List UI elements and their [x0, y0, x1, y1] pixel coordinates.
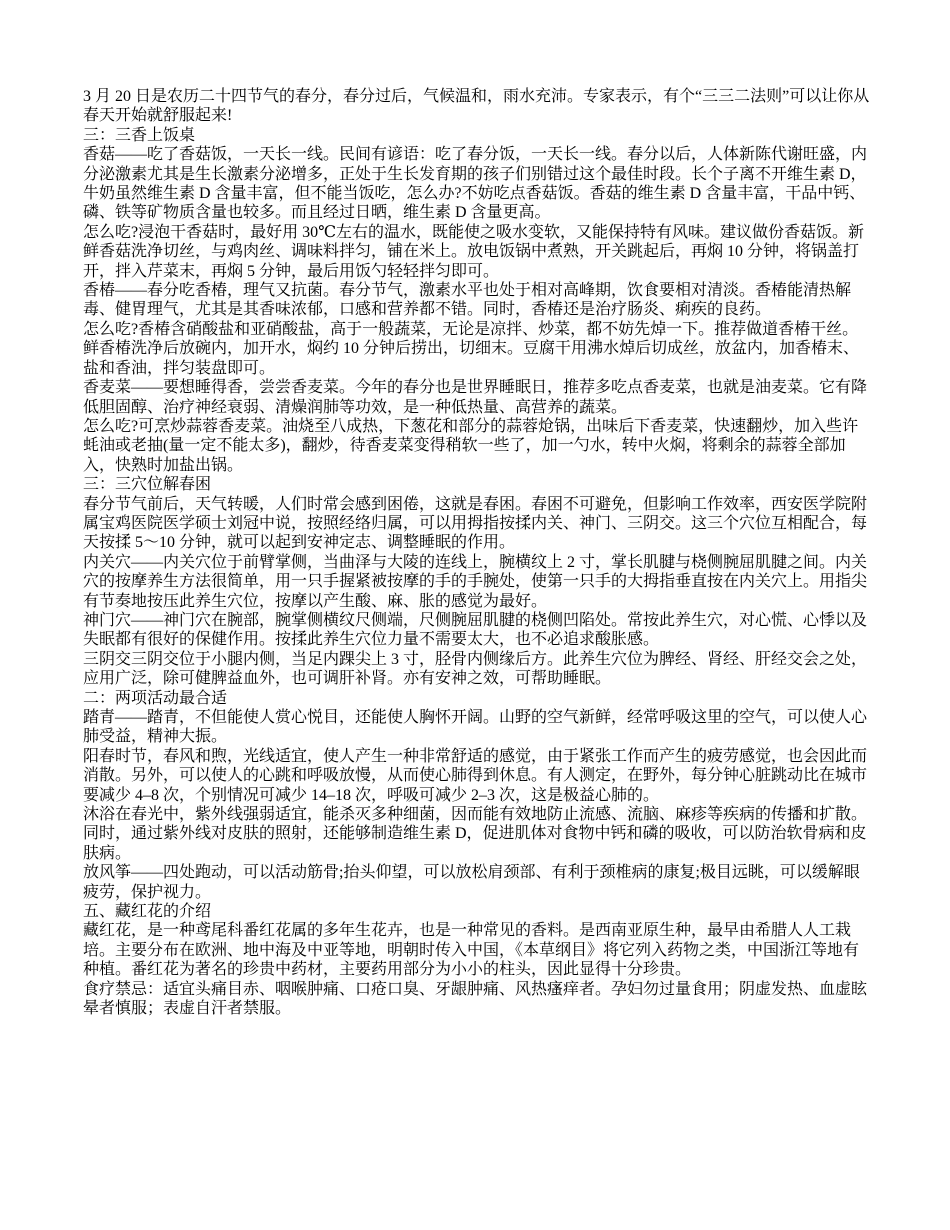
paragraph-intro: 3 月 20 日是农历二十四节气的春分，春分过后，气候温和，雨水充沛。专家表示，…	[83, 87, 873, 126]
paragraph-spring-sun: 阳春时节，春风和煦，光线适宜，使人产生一种非常舒适的感觉，由于紧张工作而产生的疲…	[83, 747, 873, 805]
section-heading-three-foods: 三：三香上饭桌	[83, 126, 873, 145]
paragraph-toona: 香椿——春分吃香椿，理气又抗菌。春分节气，激素水平也处于相对高峰期，饮食要相对清…	[83, 281, 873, 320]
paragraph-uv-bath: 沐浴在春光中，紫外线强弱适宜，能杀灭多种细菌，因而能有效地防止流感、流脑、麻疹等…	[83, 805, 873, 863]
paragraph-neiguan: 内关穴——内关穴位于前臂掌侧，当曲泽与大陵的连线上，腕横纹上 2 寸，掌长肌腱与…	[83, 553, 873, 611]
paragraph-shenmen: 神门穴——神门穴在腕部，腕掌侧横纹尺侧端，尺侧腕屈肌腱的桡侧凹陷处。常按此养生穴…	[83, 611, 873, 650]
paragraph-saffron-intro: 藏红花，是一种鸢尾科番红花属的多年生花卉，也是一种常见的香料。是西南亚原生种，最…	[83, 921, 873, 979]
paragraph-mushroom: 香菇——吃了香菇饭，一天长一线。民间有谚语：吃了春分饭，一天长一线。春分以后，人…	[83, 145, 873, 223]
article-body: 3 月 20 日是农历二十四节气的春分，春分过后，气候温和，雨水充沛。专家表示，…	[83, 87, 873, 1019]
paragraph-kite-flying: 放风筝——四处跑动，可以活动筋骨;抬头仰望，可以放松肩颈部、有利于颈椎病的康复;…	[83, 863, 873, 902]
section-heading-three-acupoints: 三：三穴位解春困	[83, 475, 873, 494]
paragraph-lettuce-howto: 怎么吃?可烹炒蒜蓉香麦菜。油烧至八成热，下葱花和部分的蒜蓉炝锅，出味后下香麦菜，…	[83, 417, 873, 475]
paragraph-toona-howto: 怎么吃?香椿含硝酸盐和亚硝酸盐，高于一般蔬菜，无论是凉拌、炒菜，都不妨先焯一下。…	[83, 320, 873, 378]
section-heading-two-activities: 二：两项活动最合适	[83, 689, 873, 708]
paragraph-mushroom-howto: 怎么吃?浸泡干香菇时，最好用 30℃左右的温水，既能使之吸水变软，又能保持特有风…	[83, 223, 873, 281]
paragraph-saffron-taboo: 食疗禁忌：适宜头痛目赤、咽喉肿痛、口疮口臭、牙龈肿痛、风热瘙痒者。孕妇勿过量食用…	[83, 980, 873, 1019]
section-heading-saffron: 五、藏红花的介绍	[83, 902, 873, 921]
paragraph-outing: 踏青——踏青，不但能使人赏心悦目，还能使人胸怀开阔。山野的空气新鲜，经常呼吸这里…	[83, 708, 873, 747]
paragraph-lettuce: 香麦菜——要想睡得香，尝尝香麦菜。今年的春分也是世界睡眠日，推荐多吃点香麦菜，也…	[83, 378, 873, 417]
paragraph-sanyinjiao: 三阴交三阴交位于小腿内侧，当足内踝尖上 3 寸，胫骨内侧缘后方。此养生穴位为脾经…	[83, 650, 873, 689]
paragraph-spring-fatigue: 春分节气前后，天气转暖，人们时常会感到困倦，这就是春困。春困不可避免，但影响工作…	[83, 495, 873, 553]
